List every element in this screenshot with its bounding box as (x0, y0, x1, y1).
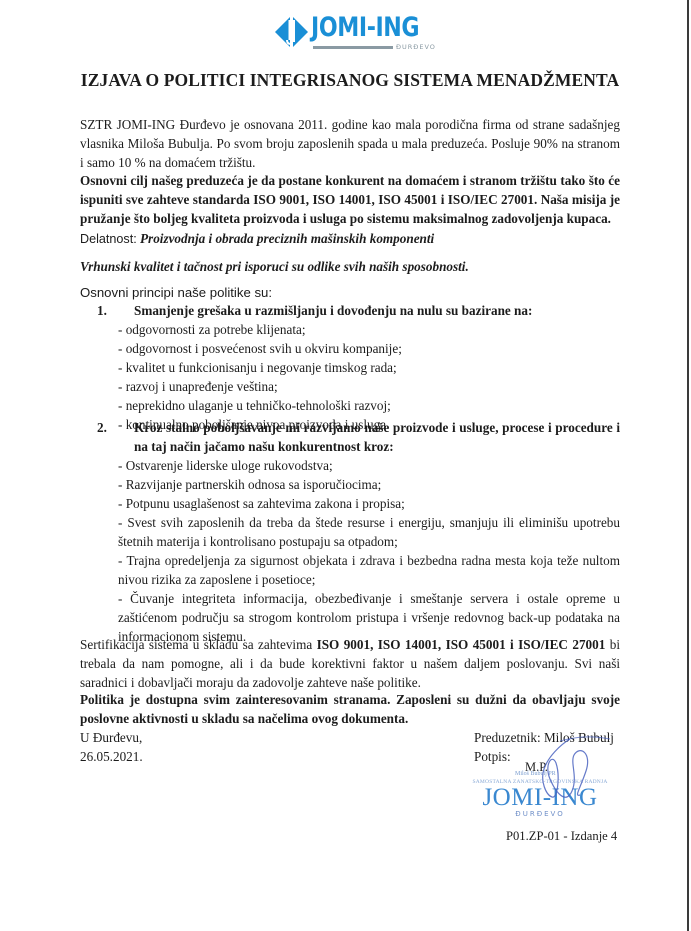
jomi-ing-diamond-logo-icon (273, 14, 311, 50)
stamp-city: ĐURĐEVO (455, 810, 625, 818)
document-title: IZJAVA O POLITICI INTEGRISANOG SISTEMA M… (80, 70, 620, 91)
page-edge-divider (687, 0, 689, 931)
document-code: P01.ZP-01 - Izdanje 4 (506, 828, 617, 844)
logo-underline (313, 46, 393, 49)
principle-1-item: - kvalitet u funkcionisanju i negovanje … (118, 358, 620, 377)
principle-2-item: - Trajna opredeljenja za sigurnost objek… (118, 551, 620, 589)
principle-2-heading: 2. Kroz stalno poboljšavanje mi razvijam… (97, 417, 620, 457)
motto: Vrhunski kvalitet i tačnost pri isporuci… (80, 257, 620, 276)
logo-subtitle: ĐURĐEVO (396, 43, 436, 51)
principle-2-item: - Potpunu usaglašenost sa zahtevima zako… (118, 494, 620, 513)
principle-1-item: - neprekidno ulaganje u tehničko-tehnolo… (118, 396, 620, 415)
company-stamp: M.P. Miloš Bubulj PR SAMOSTALNA ZANATSKO… (455, 760, 625, 820)
signatory-label: Preduzetnik: Miloš Bubulj (474, 728, 634, 747)
intro-paragraph: SZTR JOMI-ING Đurđevo je osnovana 2011. … (80, 115, 620, 172)
principle-2-number: 2. (97, 418, 117, 437)
principle-2-text: Kroz stalno poboljšavanje mi razvijamo n… (134, 418, 620, 456)
company-logo: JOMI-ING ĐURĐEVO (273, 14, 453, 50)
principle-2-item: - Razvijanje partnerskih odnosa sa ispor… (118, 475, 620, 494)
logo-wordmark: JOMI-ING (311, 12, 419, 44)
principle-1-text: Smanjenje grešaka u razmišljanju i dovođ… (134, 301, 620, 320)
certification-standards: ISO 9001, ISO 14001, ISO 45001 i ISO/IEC… (317, 637, 606, 652)
goal-text-a: Osnovni cilj našeg preduzeća je da posta… (80, 173, 620, 207)
principle-1-item: - odgovornost i posvećenost svih u okvir… (118, 339, 620, 358)
certification-prefix: Sertifikacija sistema u skladu sa zahtev… (80, 637, 317, 652)
stamp-owner: Miloš Bubulj PR (515, 771, 556, 777)
principle-1-number: 1. (97, 301, 117, 320)
goal-paragraph: Osnovni cilj našeg preduzeća je da posta… (80, 171, 620, 228)
date: 26.05.2021. (80, 747, 280, 766)
principle-1-item: - razvoj i unapređenje veština; (118, 377, 620, 396)
availability-paragraph: Politika je dostupna svim zainteresovani… (80, 690, 620, 728)
activity-value: Proizvodnja i obrada preciznih mašinskih… (140, 231, 434, 246)
principle-2-item: - Svest svih zaposlenih da treba da šted… (118, 513, 620, 551)
principles-intro: Osnovni principi naše politike su: (80, 283, 620, 302)
activity-label: Delatnost: (80, 232, 137, 246)
place: U Đurđevu, (80, 728, 280, 747)
principle-2-item: - Ostvarenje liderske uloge rukovodstva; (118, 456, 620, 475)
activity-line: Delatnost: Proizvodnja i obrada precizni… (80, 229, 620, 249)
certification-paragraph: Sertifikacija sistema u skladu sa zahtev… (80, 635, 620, 692)
stamp-logo: JOMI-ING (455, 784, 625, 812)
principle-1-item: - odgovornosti za potrebe klijenata; (118, 320, 620, 339)
